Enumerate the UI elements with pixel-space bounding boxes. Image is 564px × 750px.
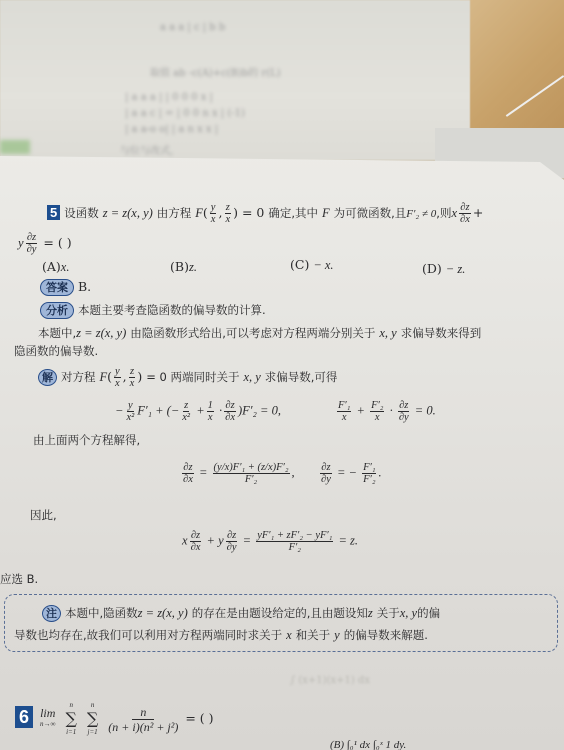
blurred-line: 与位与改式, (120, 142, 173, 157)
option-b: (B)z. (170, 260, 197, 274)
bleed-through-text: ∫ (x+1)(x+1) dx (290, 675, 370, 686)
therefore-text: 因此, (30, 508, 57, 522)
function-definition: z = z(x, y) (103, 206, 153, 220)
answer-row: 答案 B. (40, 279, 91, 296)
equation-2: F′₁x + F′₂x · ∂z∂y = 0. (335, 400, 436, 423)
solution-intro: 解 对方程 F(yx,zx) = 0 两端同时关于 x, y 求偏导数,可得 (38, 366, 337, 389)
blurred-line: 取值 ab -c(A)+c(B)b的 r(L) (150, 64, 281, 79)
blurred-line: a a a | c | b b (160, 22, 225, 33)
equation-1: −yx²F′₁ + (−zx² +1x ·∂z∂x)F′₂ = 0, (115, 400, 281, 423)
answer-value: B. (78, 279, 91, 294)
analysis-line2: 本题中,z = z(x, y) 由隐函数形式给出,可以考虑对方程两端分别关于 x… (38, 326, 481, 340)
partial-option-b: (B) ∫₀¹ dx ∫₀ˣ 1 dy. (330, 738, 406, 750)
option-d: (D) − z. (422, 262, 465, 276)
blurred-line: | a a-o o| | a n x x | (125, 124, 218, 135)
question-6-stem: 6 limn→∞ n∑i=1 n∑j=1 n(n + i)(n² + j²) =… (15, 700, 214, 738)
analysis-line3: 隐函数的偏导数. (14, 344, 98, 358)
blurred-line: | a a c | = | 0 0 n x | (-1) (125, 108, 245, 119)
final-equation: x∂z∂x + y∂z∂y = yF′₁ + zF′₂ − yF′₁F′₂ = … (182, 530, 358, 553)
question-5-stem-line1: 5 设函数 z = z(x, y) 由方程 F(yx,zx) = 0 确定,其中… (47, 202, 483, 225)
solution-badge: 解 (38, 369, 57, 386)
question-5-stem-line2: y∂z∂y = ( ) (18, 232, 72, 255)
partial-z-x: ∂z∂x (459, 202, 471, 225)
limit: limn→∞ (39, 708, 57, 730)
solve-text: 由上面两个方程解得, (33, 433, 140, 447)
option-a: (A)x. (42, 260, 69, 274)
answer-blank: = ( ) (185, 711, 213, 726)
result-dz-dx: ∂z∂x = (y/x)F′₁ + (z/x)F′₂F′₂, (180, 462, 295, 485)
note-line2: 导数也均存在,故我们可以利用对方程两端同时求关于 x 和关于 y 的偏导数来解题… (14, 628, 428, 642)
blurred-line: | a a a | | 0 0 0 x | (125, 92, 213, 103)
fraction-y-over-x: yx (210, 202, 217, 225)
note-badge: 注 (42, 605, 61, 622)
blurred-back-page: a a a | c | b b 取值 ab -c(A)+c(B)b的 r(L) … (0, 0, 470, 160)
note-box (4, 594, 558, 652)
summand-fraction: n(n + i)(n² + j²) (107, 705, 179, 734)
note-line1: 注 本题中,隐函数z = z(x, y) 的存在是由题设给定的,且由题设知z 关… (42, 605, 440, 622)
sum-j: n∑j=1 (86, 700, 99, 738)
partial-z-y: ∂z∂y (26, 232, 38, 255)
textbook-page (0, 150, 564, 750)
option-c: (C) − x. (290, 258, 334, 272)
green-tab (0, 140, 30, 154)
analysis-badge: 分析 (40, 302, 74, 319)
conclusion: 应选 B. (0, 572, 38, 586)
answer-blank: = ( ) (43, 235, 71, 250)
analysis-row: 分析 本题主要考查隐函数的偏导数的计算. (40, 302, 266, 319)
question-number-badge: 6 (15, 706, 33, 728)
question-number-badge: 5 (47, 205, 60, 220)
result-dz-dy: ∂z∂y = − F′₁F′₂. (318, 462, 382, 485)
answer-badge: 答案 (40, 279, 74, 296)
fraction-z-over-x: zx (224, 202, 231, 225)
sum-i: n∑i=1 (64, 700, 77, 738)
condition: F′₂ ≠ 0 (406, 208, 436, 220)
